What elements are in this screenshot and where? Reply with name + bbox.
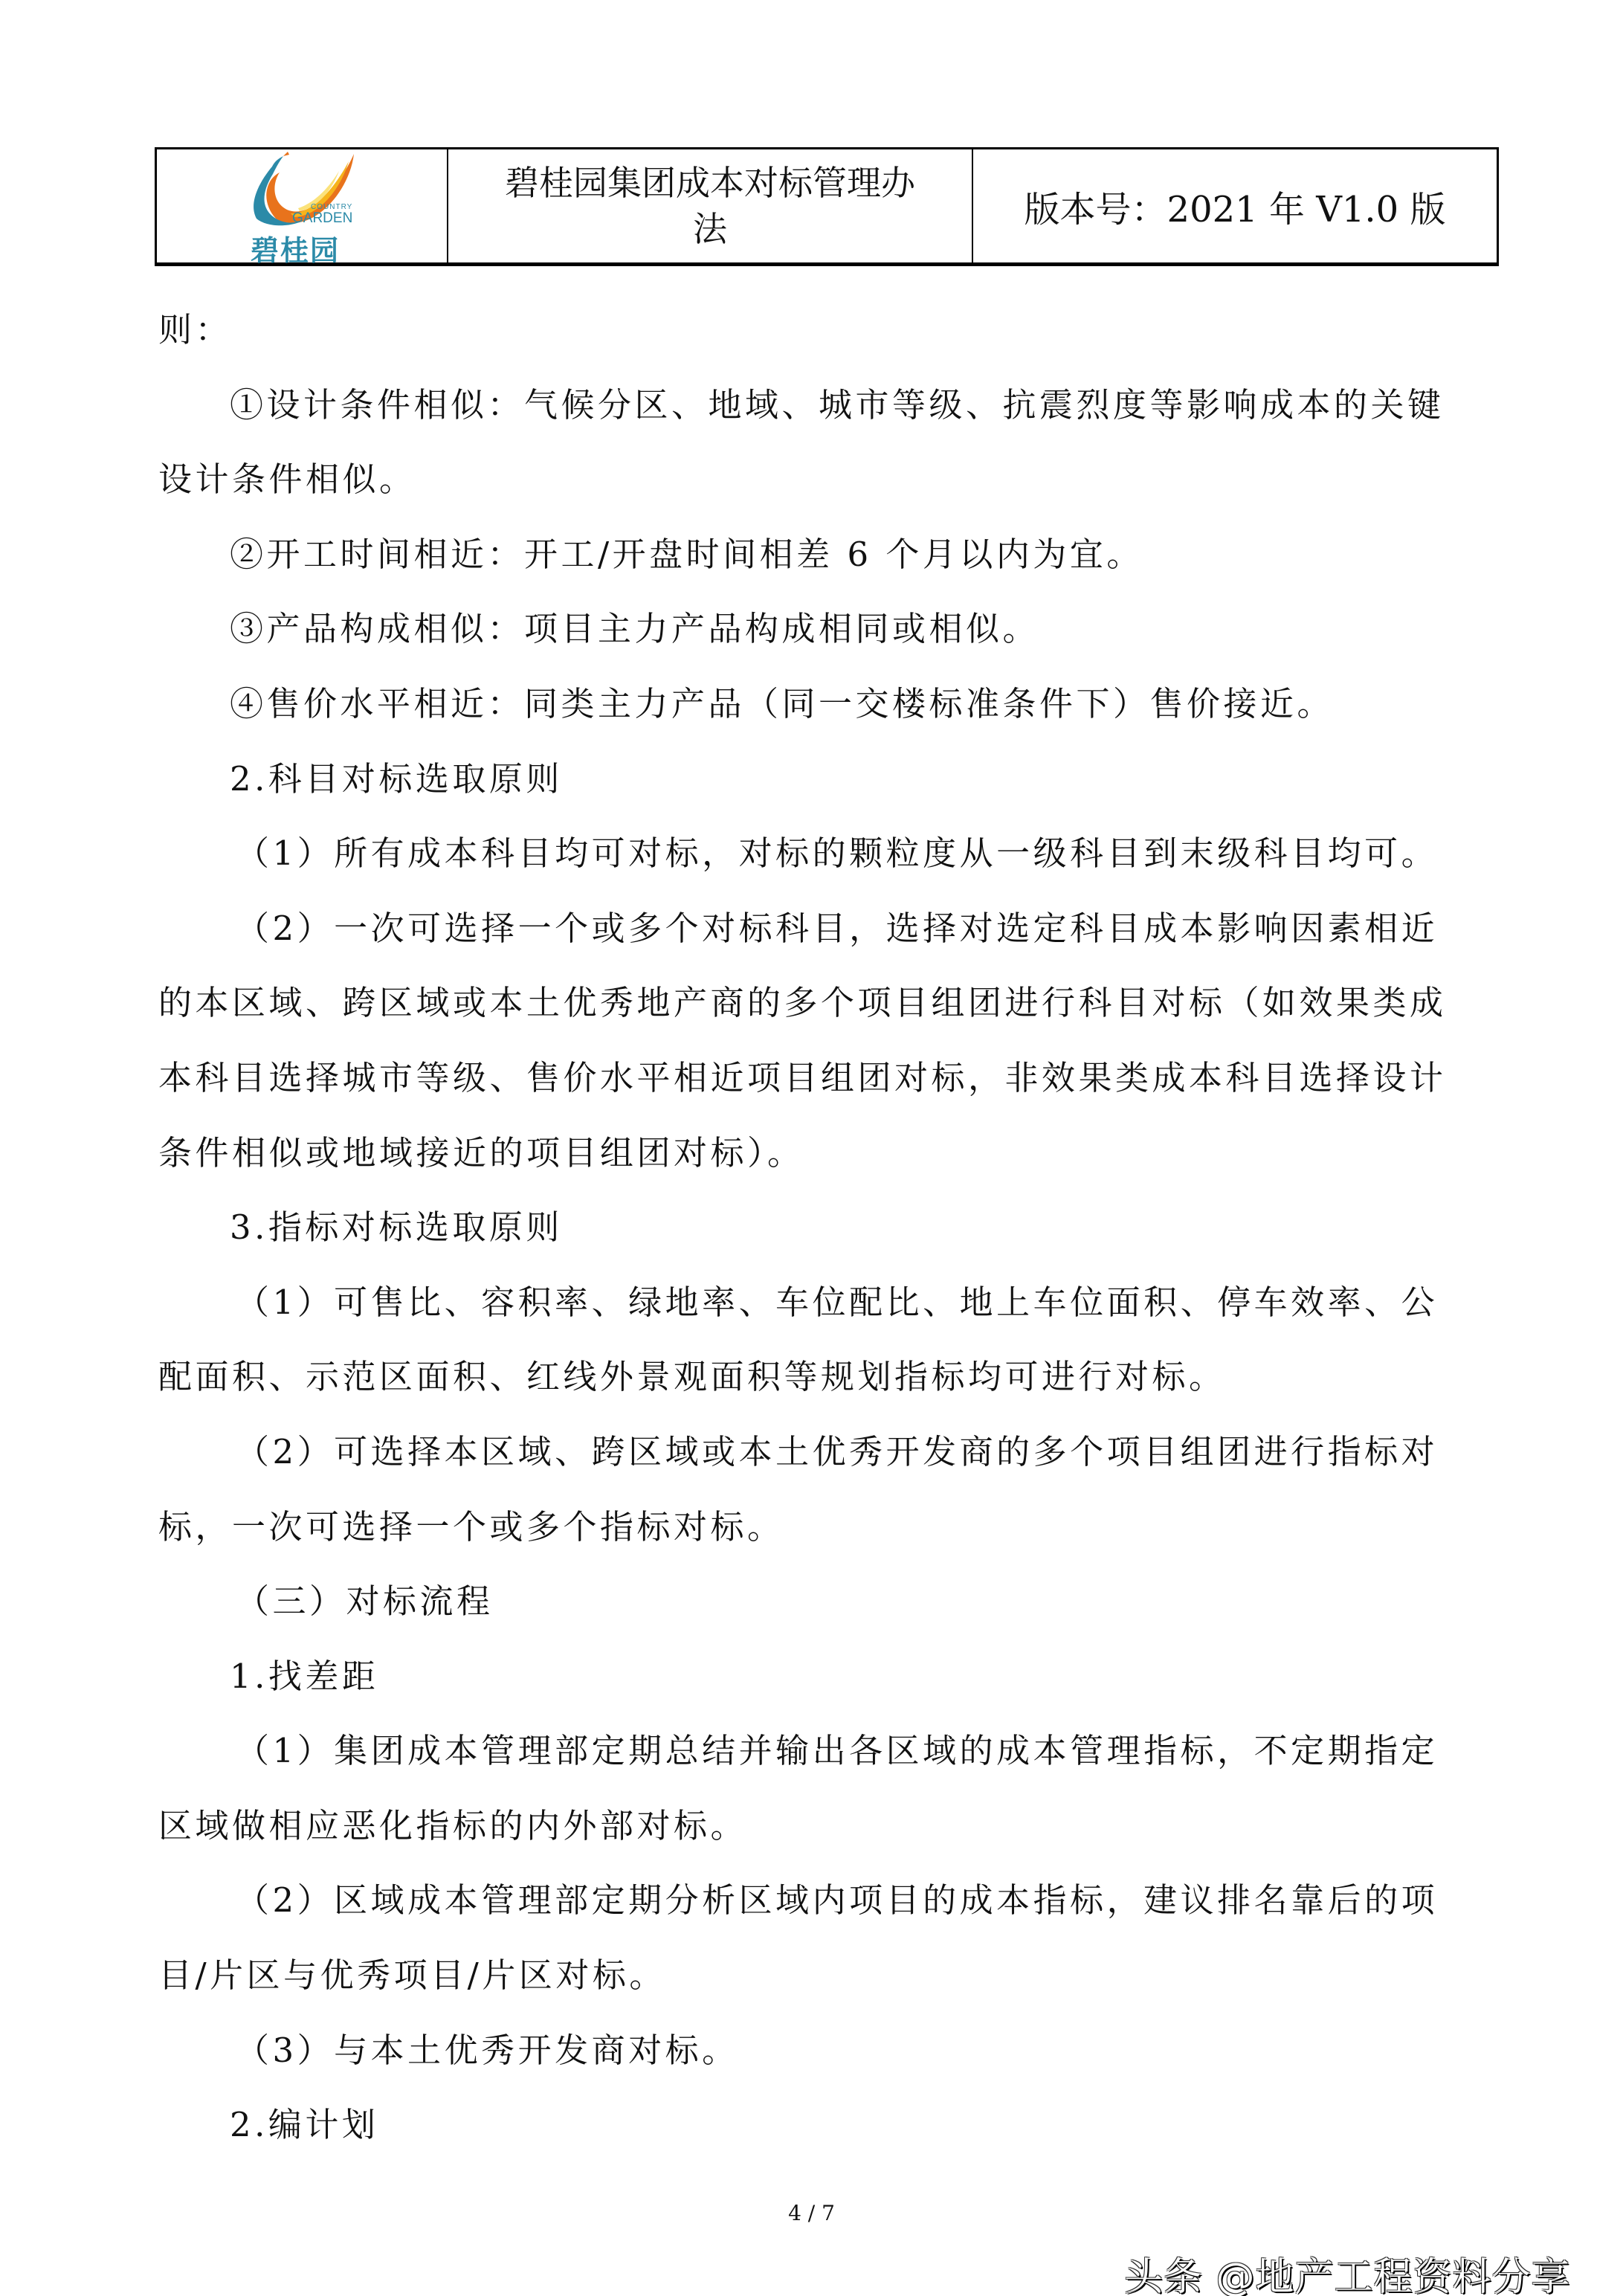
page-number: 4 / 7 xyxy=(0,2201,1623,2225)
logo-chinese-text: 碧桂园 xyxy=(251,228,340,268)
body-line: 的本区域、跨区域或本土优秀地产商的多个项目组团进行科目对标（如效果类成 xyxy=(158,982,1482,1057)
body-line: ①设计条件相似：气候分区、地域、城市等级、抗震烈度等影响成本的关键 xyxy=(158,384,1482,459)
section-heading: 2.编计划 xyxy=(158,2104,1482,2179)
body-line: 本科目选择城市等级、售价水平相近项目组团对标，非效果类成本科目选择设计 xyxy=(158,1057,1482,1132)
body-line: 标，一次可选择一个或多个指标对标。 xyxy=(158,1506,1482,1581)
document-body: 则： ①设计条件相似：气候分区、地域、城市等级、抗震烈度等影响成本的关键 设计条… xyxy=(158,309,1482,2179)
version-label: 版本号：2021 年 V1.0 版 xyxy=(973,149,1497,262)
body-line: 则： xyxy=(158,309,1482,384)
watermark: 头条 @地产工程资料分享 xyxy=(1124,2245,1571,2296)
document-title: 碧桂园集团成本对标管理办法 xyxy=(448,149,973,262)
body-line: （2）区域成本管理部定期分析区域内项目的成本指标，建议排名靠后的项 xyxy=(158,1880,1482,1955)
body-line: 设计条件相似。 xyxy=(158,459,1482,534)
body-line: ②开工时间相近：开工/开盘时间相差 6 个月以内为宜。 xyxy=(158,534,1482,609)
body-line: 区域做相应恶化指标的内外部对标。 xyxy=(158,1805,1482,1880)
body-line: （1）可售比、容积率、绿地率、车位配比、地上车位面积、停车效率、公 xyxy=(158,1282,1482,1357)
body-line: （2）可选择本区域、跨区域或本土优秀开发商的多个项目组团进行指标对 xyxy=(158,1431,1482,1506)
body-line: （1）集团成本管理部定期总结并输出各区域的成本管理指标，不定期指定 xyxy=(158,1730,1482,1805)
country-garden-logo: COUNTRY GARDEN 碧桂园 xyxy=(246,150,358,262)
body-line: （2）一次可选择一个或多个对标科目，选择对选定科目成本影响因素相近 xyxy=(158,908,1482,983)
body-line: ③产品构成相似：项目主力产品构成相同或相似。 xyxy=(158,608,1482,683)
logo-cell: COUNTRY GARDEN 碧桂园 xyxy=(157,149,448,262)
body-line: 条件相似或地域接近的项目组团对标）。 xyxy=(158,1132,1482,1207)
section-heading: 2.科目对标选取原则 xyxy=(158,758,1482,833)
document-header-table: COUNTRY GARDEN 碧桂园 碧桂园集团成本对标管理办法 版本号：202… xyxy=(155,147,1499,266)
section-heading: 1.找差距 xyxy=(158,1656,1482,1731)
body-line: （1）所有成本科目均可对标，对标的颗粒度从一级科目到末级科目均可。 xyxy=(158,833,1482,908)
body-line: ④售价水平相近：同类主力产品（同一交楼标准条件下）售价接近。 xyxy=(158,683,1482,758)
body-line: 配面积、示范区面积、红线外景观面积等规划指标均可进行对标。 xyxy=(158,1356,1482,1431)
body-line: 目/片区与优秀项目/片区对标。 xyxy=(158,1955,1482,2030)
section-heading: （三）对标流程 xyxy=(158,1581,1482,1656)
section-heading: 3.指标对标选取原则 xyxy=(158,1207,1482,1282)
logo-english-text: COUNTRY GARDEN xyxy=(292,204,352,225)
body-line: （3）与本土优秀开发商对标。 xyxy=(158,2030,1482,2105)
